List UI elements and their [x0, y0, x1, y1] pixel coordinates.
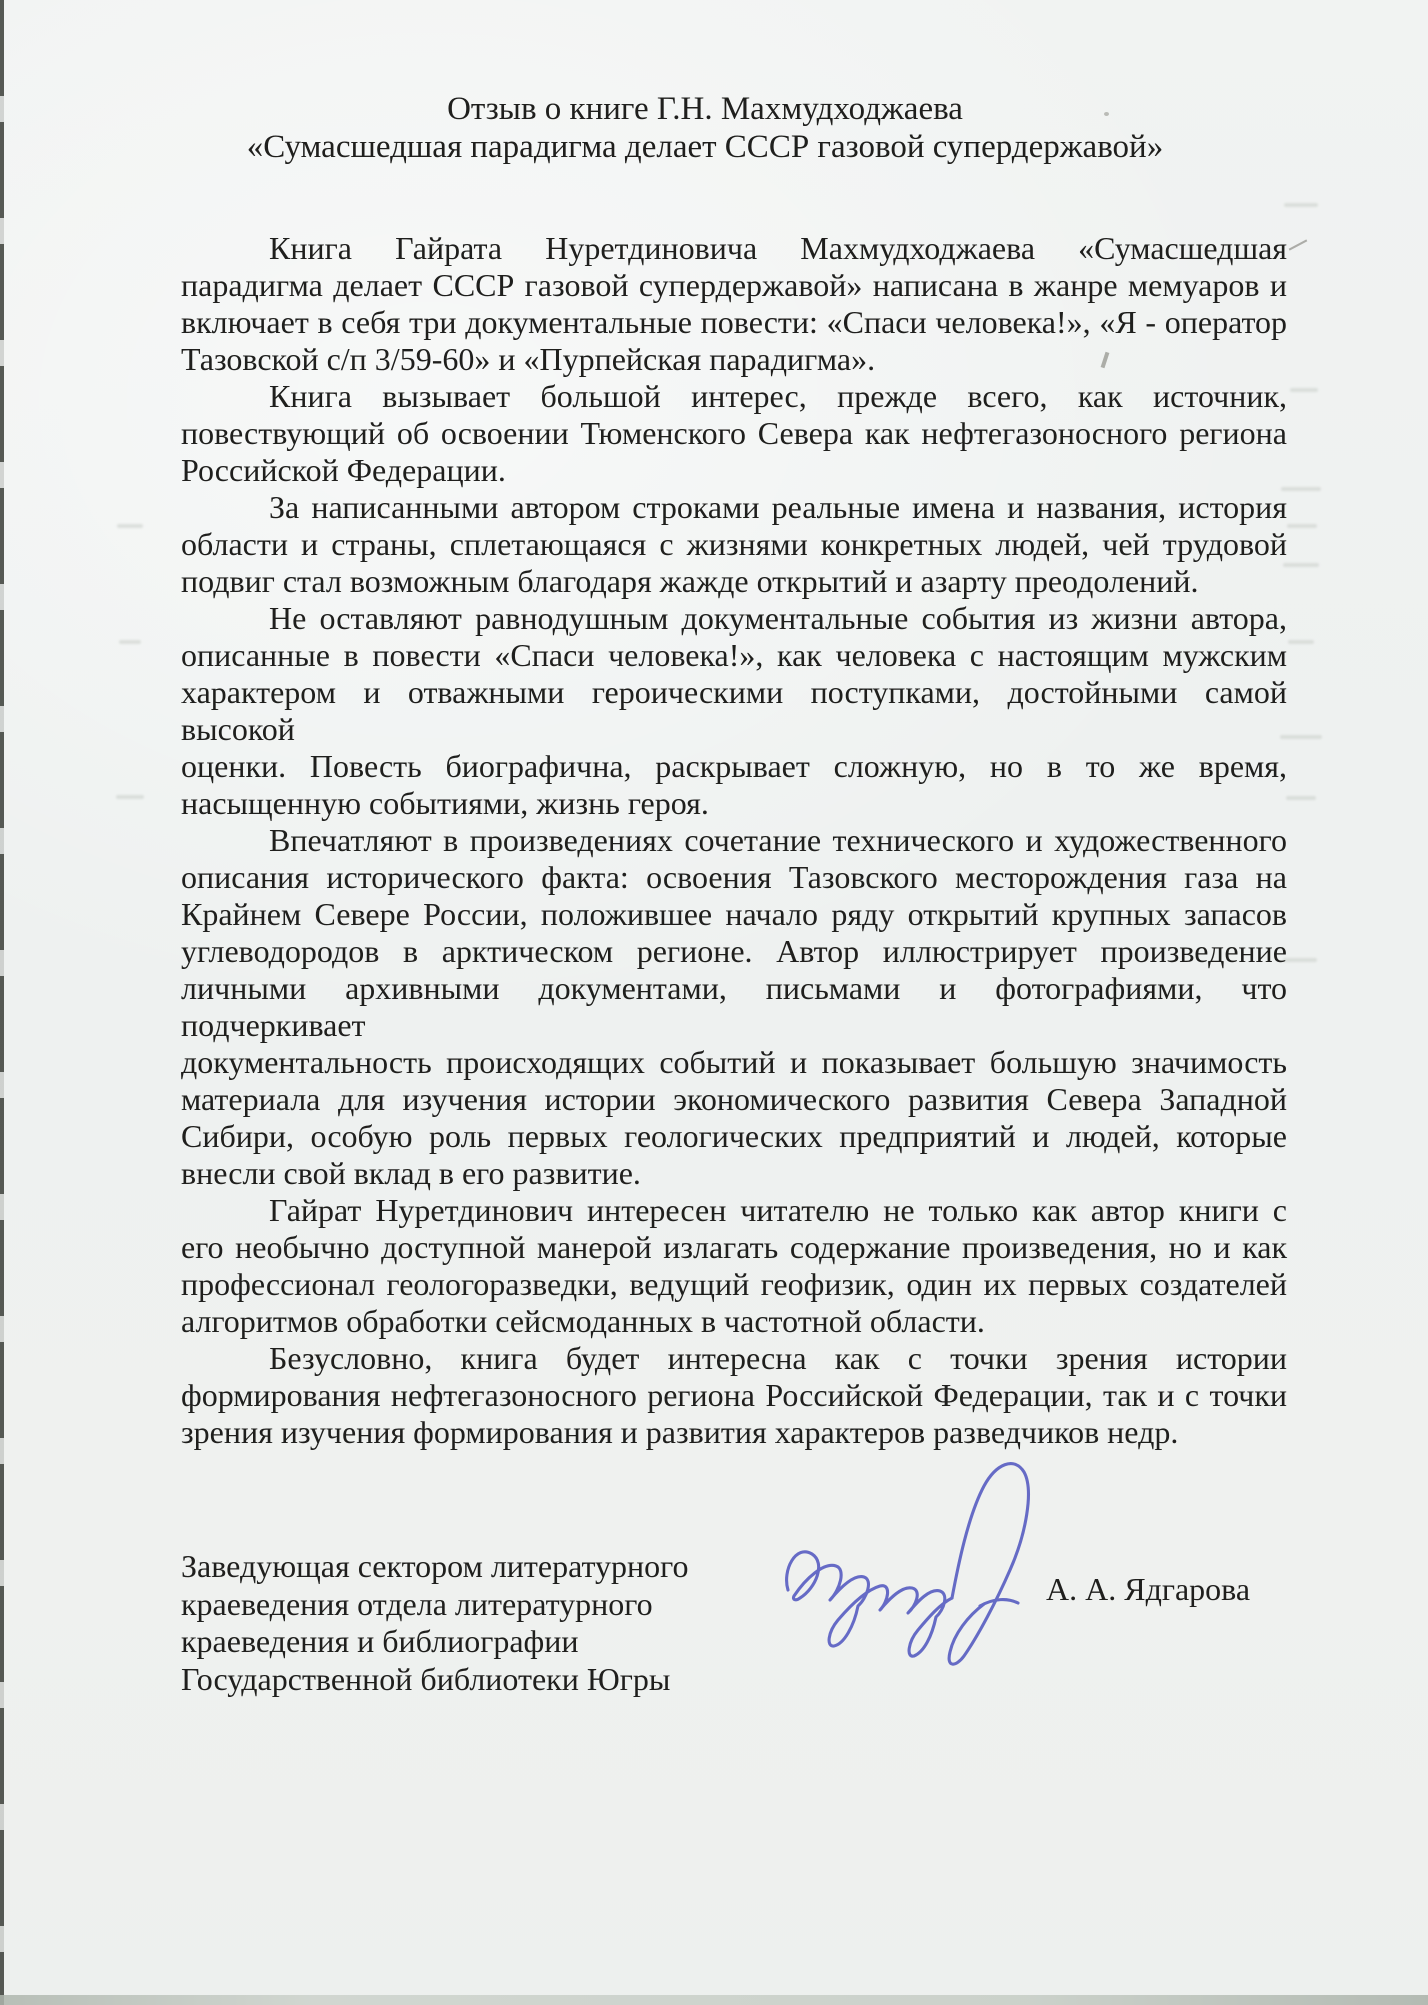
text-line: Книга вызывает большой интерес, прежде в…	[181, 378, 1287, 415]
document: Отзыв о книге Г.Н. Махмудходжаева «Сумас…	[181, 90, 1287, 1698]
text-line: Впечатляют в произведениях сочетание тех…	[181, 822, 1287, 859]
scan-smudge	[1283, 958, 1317, 962]
scan-smudge	[117, 524, 143, 528]
text-line: Российской Федерации.	[181, 452, 1287, 489]
text-line: повествующий об освоении Тюменского Севе…	[181, 415, 1287, 452]
text-line: Крайнем Севере России, положившее начало…	[181, 896, 1287, 933]
handwritten-signature	[768, 1438, 1098, 1673]
text-line: Не оставляют равнодушным документальные …	[181, 600, 1287, 637]
scan-smudge	[1287, 524, 1317, 528]
scan-edge-bottom	[0, 1995, 1428, 2005]
text-line: Книга Гайрата Нуретдиновича Махмудходжае…	[181, 230, 1287, 267]
text-line: алгоритмов обработки сейсмоданных в част…	[181, 1303, 1287, 1340]
text-line: внесли свой вклад в его развитие.	[181, 1155, 1287, 1192]
role-line: краеведения отдела литературного	[181, 1586, 761, 1624]
scan-pencil-dash	[1289, 239, 1308, 250]
scan-smudge	[1290, 388, 1318, 392]
role-line: Заведующая сектором литературного	[181, 1548, 761, 1586]
signer-name: А. А. Ядгарова	[1046, 1571, 1250, 1608]
scanned-document-page: Отзыв о книге Г.Н. Махмудходжаева «Сумас…	[0, 0, 1428, 2005]
text-line: области и страны, сплетающаяся с жизнями…	[181, 526, 1287, 563]
document-body: Книга Гайрата Нуретдиновича Махмудходжае…	[181, 230, 1287, 1451]
text-line: описанные в повести «Спаси человека!», к…	[181, 637, 1287, 674]
scan-smudge	[1286, 796, 1316, 800]
text-line: включает в себя три документальные повес…	[181, 304, 1287, 341]
role-line: краеведения и библиографии	[181, 1623, 761, 1661]
scan-smudge	[1283, 563, 1319, 567]
scan-smudge	[1288, 640, 1314, 644]
scan-smudge	[1281, 487, 1321, 491]
text-line: документальность происходящих событий и …	[181, 1044, 1287, 1081]
text-line: Безусловно, книга будет интересна как с …	[181, 1340, 1287, 1377]
text-line: насыщенную событиями, жизнь героя.	[181, 785, 1287, 822]
text-line: профессионал геологоразведки, ведущий ге…	[181, 1266, 1287, 1303]
role-line: Государственной библиотеки Югры	[181, 1661, 761, 1699]
text-line: Гайрат Нуретдинович интересен читателю н…	[181, 1192, 1287, 1229]
text-line: Сибири, особую роль первых геологических…	[181, 1118, 1287, 1155]
title-line-1: Отзыв о книге Г.Н. Махмудходжаева	[181, 90, 1229, 128]
text-line: углеводородов в арктическом регионе. Авт…	[181, 933, 1287, 970]
text-line: зрения изучения формирования и развития …	[181, 1414, 1287, 1451]
text-line: характером и отважными героическими пост…	[181, 674, 1287, 748]
scan-smudge	[116, 795, 144, 799]
text-line: формирования нефтегазоносного региона Ро…	[181, 1377, 1287, 1414]
scan-edge-left	[0, 0, 4, 2005]
text-line: описания исторического факта: освоения Т…	[181, 859, 1287, 896]
scan-smudge	[1284, 203, 1318, 207]
text-line: Тазовской с/п 3/59-60» и «Пурпейская пар…	[181, 341, 1287, 378]
scan-smudge	[119, 640, 141, 644]
text-line: оценки. Повесть биографична, раскрывает …	[181, 748, 1287, 785]
text-line: За написанными автором строками реальные…	[181, 489, 1287, 526]
title-line-2: «Сумасшедшая парадигма делает СССР газов…	[181, 128, 1229, 166]
signer-role: Заведующая сектором литературногокраевед…	[181, 1548, 761, 1698]
text-line: парадигма делает СССР газовой супердержа…	[181, 267, 1287, 304]
text-line: материала для изучения истории экономиче…	[181, 1081, 1287, 1118]
text-line: личными архивными документами, письмами …	[181, 970, 1287, 1044]
document-title: Отзыв о книге Г.Н. Махмудходжаева «Сумас…	[181, 90, 1229, 166]
text-line: его необычно доступной манерой излагать …	[181, 1229, 1287, 1266]
text-line: подвиг стал возможным благодаря жажде от…	[181, 563, 1287, 600]
